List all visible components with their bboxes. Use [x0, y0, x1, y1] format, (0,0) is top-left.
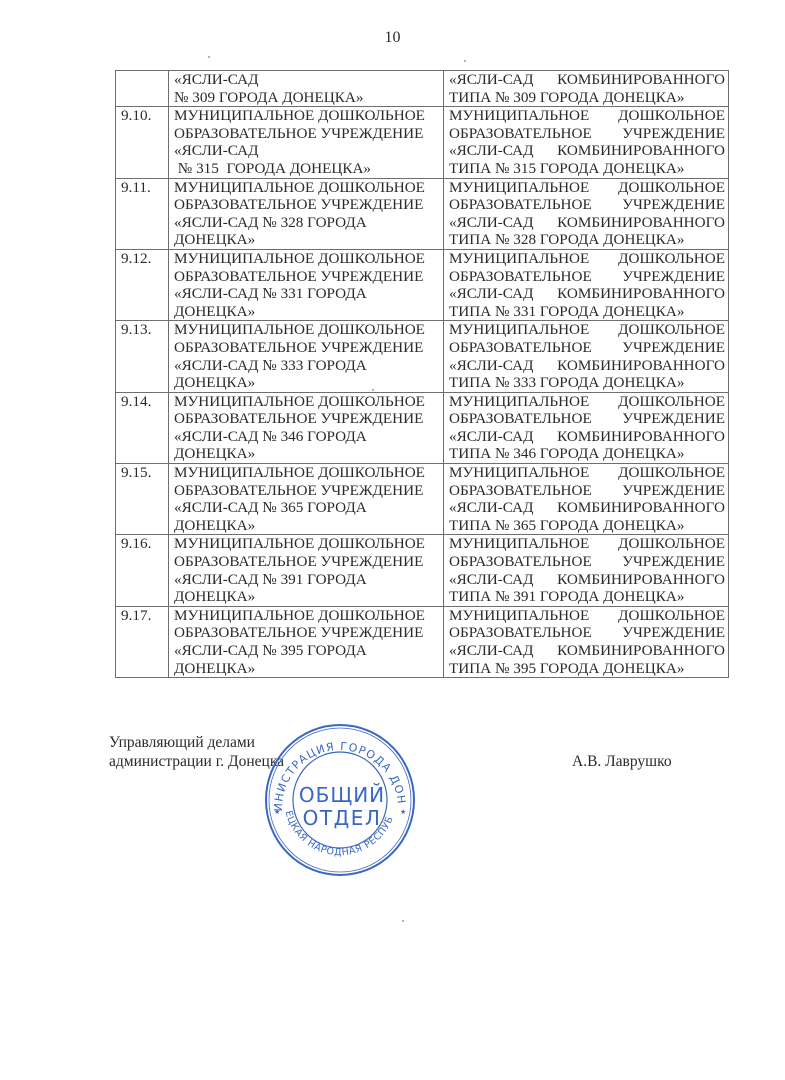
- cell-text-line: ОБРАЗОВАТЕЛЬНОЕ УЧРЕЖДЕНИЕ: [174, 482, 440, 500]
- cell-text-line: МУНИЦИПАЛЬНОЕДОШКОЛЬНОЕ: [449, 107, 725, 125]
- signatory-title-line1: Управляющий делами: [109, 733, 284, 752]
- cell-text-line: ТИПА № 315 ГОРОДА ДОНЕЦКА»: [449, 160, 725, 178]
- table-row: 9.16.МУНИЦИПАЛЬНОЕ ДОШКОЛЬНОЕОБРАЗОВАТЕЛ…: [116, 535, 729, 606]
- row-number: 9.15.: [116, 464, 169, 535]
- page-number: 10: [0, 28, 785, 48]
- cell-text-line: ДОНЕЦКА»: [174, 231, 440, 249]
- cell-text-line: «ЯСЛИ-САД: [174, 71, 440, 89]
- stamp-center-line2: ОТДЕЛ: [303, 806, 382, 830]
- cell-text-line: МУНИЦИПАЛЬНОЕДОШКОЛЬНОЕ: [449, 250, 725, 268]
- cell-text-line: ДОНЕЦКА»: [174, 517, 440, 535]
- cell-text-line: ТИПА № 391 ГОРОДА ДОНЕЦКА»: [449, 588, 725, 606]
- stamp-star-right: ★: [400, 808, 406, 816]
- cell-text-line: ОБРАЗОВАТЕЛЬНОЕУЧРЕЖДЕНИЕ: [449, 339, 725, 357]
- cell-text-line: «ЯСЛИ-САДКОМБИНИРОВАННОГО: [449, 499, 725, 517]
- cell-text-line: ТИПА № 333 ГОРОДА ДОНЕЦКА»: [449, 374, 725, 392]
- cell-text-line: № 309 ГОРОДА ДОНЕЦКА»: [174, 89, 440, 107]
- cell-text-line: № 315 ГОРОДА ДОНЕЦКА»: [174, 160, 440, 178]
- row-number: [116, 71, 169, 107]
- cell-text-line: ТИПА № 331 ГОРОДА ДОНЕЦКА»: [449, 303, 725, 321]
- new-name-cell: МУНИЦИПАЛЬНОЕДОШКОЛЬНОЕОБРАЗОВАТЕЛЬНОЕУЧ…: [444, 535, 729, 606]
- old-name-cell: МУНИЦИПАЛЬНОЕ ДОШКОЛЬНОЕОБРАЗОВАТЕЛЬНОЕ …: [169, 249, 444, 320]
- cell-text-line: ОБРАЗОВАТЕЛЬНОЕ УЧРЕЖДЕНИЕ: [174, 624, 440, 642]
- new-name-cell: МУНИЦИПАЛЬНОЕДОШКОЛЬНОЕОБРАЗОВАТЕЛЬНОЕУЧ…: [444, 392, 729, 463]
- row-number: 9.14.: [116, 392, 169, 463]
- cell-text-line: МУНИЦИПАЛЬНОЕ ДОШКОЛЬНОЕ: [174, 393, 440, 411]
- old-name-cell: МУНИЦИПАЛЬНОЕ ДОШКОЛЬНОЕОБРАЗОВАТЕЛЬНОЕ …: [169, 464, 444, 535]
- signatory-title: Управляющий делами администрации г. Доне…: [109, 733, 284, 771]
- table-row: 9.11.МУНИЦИПАЛЬНОЕ ДОШКОЛЬНОЕОБРАЗОВАТЕЛ…: [116, 178, 729, 249]
- old-name-cell: МУНИЦИПАЛЬНОЕ ДОШКОЛЬНОЕОБРАЗОВАТЕЛЬНОЕ …: [169, 107, 444, 178]
- cell-text-line: «ЯСЛИ-САД № 395 ГОРОДА: [174, 642, 440, 660]
- stamp-center-line1: ОБЩИЙ: [299, 783, 385, 807]
- cell-text-line: ТИПА № 346 ГОРОДА ДОНЕЦКА»: [449, 445, 725, 463]
- cell-text-line: МУНИЦИПАЛЬНОЕДОШКОЛЬНОЕ: [449, 179, 725, 197]
- cell-text-line: МУНИЦИПАЛЬНОЕ ДОШКОЛЬНОЕ: [174, 607, 440, 625]
- cell-text-line: «ЯСЛИ-САД № 346 ГОРОДА: [174, 428, 440, 446]
- row-number: 9.17.: [116, 606, 169, 677]
- new-name-cell: «ЯСЛИ-САДКОМБИНИРОВАННОГОТИПА № 309 ГОРО…: [444, 71, 729, 107]
- stamp-seal-icon: АДМИНИСТРАЦИЯ ГОРОДА ДОНЕЦКА ДОНЕЦКАЯ НА…: [262, 722, 418, 878]
- cell-text-line: «ЯСЛИ-САДКОМБИНИРОВАННОГО: [449, 357, 725, 375]
- new-name-cell: МУНИЦИПАЛЬНОЕДОШКОЛЬНОЕОБРАЗОВАТЕЛЬНОЕУЧ…: [444, 249, 729, 320]
- cell-text-line: ДОНЕЦКА»: [174, 588, 440, 606]
- cell-text-line: ОБРАЗОВАТЕЛЬНОЕ УЧРЕЖДЕНИЕ: [174, 339, 440, 357]
- table-body: «ЯСЛИ-САД№ 309 ГОРОДА ДОНЕЦКА»«ЯСЛИ-САДК…: [116, 71, 729, 678]
- cell-text-line: «ЯСЛИ-САДКОМБИНИРОВАННОГО: [449, 642, 725, 660]
- new-name-cell: МУНИЦИПАЛЬНОЕДОШКОЛЬНОЕОБРАЗОВАТЕЛЬНОЕУЧ…: [444, 606, 729, 677]
- cell-text-line: ОБРАЗОВАТЕЛЬНОЕУЧРЕЖДЕНИЕ: [449, 624, 725, 642]
- cell-text-line: «ЯСЛИ-САДКОМБИНИРОВАННОГО: [449, 214, 725, 232]
- cell-text-line: ДОНЕЦКА»: [174, 445, 440, 463]
- cell-text-line: «ЯСЛИ-САД № 391 ГОРОДА: [174, 571, 440, 589]
- cell-text-line: МУНИЦИПАЛЬНОЕДОШКОЛЬНОЕ: [449, 464, 725, 482]
- cell-text-line: МУНИЦИПАЛЬНОЕДОШКОЛЬНОЕ: [449, 607, 725, 625]
- cell-text-line: МУНИЦИПАЛЬНОЕ ДОШКОЛЬНОЕ: [174, 107, 440, 125]
- cell-text-line: ОБРАЗОВАТЕЛЬНОЕУЧРЕЖДЕНИЕ: [449, 196, 725, 214]
- cell-text-line: ТИПА № 365 ГОРОДА ДОНЕЦКА»: [449, 517, 725, 535]
- cell-text-line: МУНИЦИПАЛЬНОЕДОШКОЛЬНОЕ: [449, 393, 725, 411]
- cell-text-line: ДОНЕЦКА»: [174, 660, 440, 678]
- cell-text-line: ОБРАЗОВАТЕЛЬНОЕУЧРЕЖДЕНИЕ: [449, 268, 725, 286]
- cell-text-line: МУНИЦИПАЛЬНОЕ ДОШКОЛЬНОЕ: [174, 250, 440, 268]
- new-name-cell: МУНИЦИПАЛЬНОЕДОШКОЛЬНОЕОБРАЗОВАТЕЛЬНОЕУЧ…: [444, 464, 729, 535]
- cell-text-line: ДОНЕЦКА»: [174, 374, 440, 392]
- old-name-cell: МУНИЦИПАЛЬНОЕ ДОШКОЛЬНОЕОБРАЗОВАТЕЛЬНОЕ …: [169, 606, 444, 677]
- cell-text-line: «ЯСЛИ-САД: [174, 142, 440, 160]
- table-row: 9.15.МУНИЦИПАЛЬНОЕ ДОШКОЛЬНОЕОБРАЗОВАТЕЛ…: [116, 464, 729, 535]
- cell-text-line: ОБРАЗОВАТЕЛЬНОЕУЧРЕЖДЕНИЕ: [449, 482, 725, 500]
- cell-text-line: «ЯСЛИ-САДКОМБИНИРОВАННОГО: [449, 571, 725, 589]
- cell-text-line: ОБРАЗОВАТЕЛЬНОЕУЧРЕЖДЕНИЕ: [449, 125, 725, 143]
- cell-text-line: ОБРАЗОВАТЕЛЬНОЕ УЧРЕЖДЕНИЕ: [174, 125, 440, 143]
- cell-text-line: «ЯСЛИ-САД № 365 ГОРОДА: [174, 499, 440, 517]
- new-name-cell: МУНИЦИПАЛЬНОЕДОШКОЛЬНОЕОБРАЗОВАТЕЛЬНОЕУЧ…: [444, 321, 729, 392]
- cell-text-line: ОБРАЗОВАТЕЛЬНОЕ УЧРЕЖДЕНИЕ: [174, 196, 440, 214]
- cell-text-line: МУНИЦИПАЛЬНОЕ ДОШКОЛЬНОЕ: [174, 179, 440, 197]
- old-name-cell: МУНИЦИПАЛЬНОЕ ДОШКОЛЬНОЕОБРАЗОВАТЕЛЬНОЕ …: [169, 178, 444, 249]
- cell-text-line: «ЯСЛИ-САД № 328 ГОРОДА: [174, 214, 440, 232]
- table-row: 9.17.МУНИЦИПАЛЬНОЕ ДОШКОЛЬНОЕОБРАЗОВАТЕЛ…: [116, 606, 729, 677]
- old-name-cell: МУНИЦИПАЛЬНОЕ ДОШКОЛЬНОЕОБРАЗОВАТЕЛЬНОЕ …: [169, 321, 444, 392]
- old-name-cell: МУНИЦИПАЛЬНОЕ ДОШКОЛЬНОЕОБРАЗОВАТЕЛЬНОЕ …: [169, 535, 444, 606]
- cell-text-line: ТИПА № 395 ГОРОДА ДОНЕЦКА»: [449, 660, 725, 678]
- cell-text-line: ОБРАЗОВАТЕЛЬНОЕ УЧРЕЖДЕНИЕ: [174, 268, 440, 286]
- new-name-cell: МУНИЦИПАЛЬНОЕДОШКОЛЬНОЕОБРАЗОВАТЕЛЬНОЕУЧ…: [444, 107, 729, 178]
- cell-text-line: «ЯСЛИ-САДКОМБИНИРОВАННОГО: [449, 142, 725, 160]
- cell-text-line: ТИПА № 328 ГОРОДА ДОНЕЦКА»: [449, 231, 725, 249]
- table-row: «ЯСЛИ-САД№ 309 ГОРОДА ДОНЕЦКА»«ЯСЛИ-САДК…: [116, 71, 729, 107]
- cell-text-line: ОБРАЗОВАТЕЛЬНОЕ УЧРЕЖДЕНИЕ: [174, 553, 440, 571]
- table-row: 9.13.МУНИЦИПАЛЬНОЕ ДОШКОЛЬНОЕОБРАЗОВАТЕЛ…: [116, 321, 729, 392]
- signatory-name: А.В. Лаврушко: [572, 752, 672, 771]
- cell-text-line: МУНИЦИПАЛЬНОЕ ДОШКОЛЬНОЕ: [174, 535, 440, 553]
- cell-text-line: «ЯСЛИ-САДКОМБИНИРОВАННОГО: [449, 71, 725, 89]
- row-number: 9.10.: [116, 107, 169, 178]
- table-row: 9.14.МУНИЦИПАЛЬНОЕ ДОШКОЛЬНОЕОБРАЗОВАТЕЛ…: [116, 392, 729, 463]
- cell-text-line: «ЯСЛИ-САДКОМБИНИРОВАННОГО: [449, 285, 725, 303]
- cell-text-line: МУНИЦИПАЛЬНОЕ ДОШКОЛЬНОЕ: [174, 464, 440, 482]
- cell-text-line: ОБРАЗОВАТЕЛЬНОЕУЧРЕЖДЕНИЕ: [449, 410, 725, 428]
- row-number: 9.12.: [116, 249, 169, 320]
- new-name-cell: МУНИЦИПАЛЬНОЕДОШКОЛЬНОЕОБРАЗОВАТЕЛЬНОЕУЧ…: [444, 178, 729, 249]
- old-name-cell: МУНИЦИПАЛЬНОЕ ДОШКОЛЬНОЕОБРАЗОВАТЕЛЬНОЕ …: [169, 392, 444, 463]
- institutions-table: «ЯСЛИ-САД№ 309 ГОРОДА ДОНЕЦКА»«ЯСЛИ-САДК…: [115, 70, 729, 678]
- official-stamp: АДМИНИСТРАЦИЯ ГОРОДА ДОНЕЦКА ДОНЕЦКАЯ НА…: [262, 722, 418, 878]
- row-number: 9.13.: [116, 321, 169, 392]
- cell-text-line: «ЯСЛИ-САДКОМБИНИРОВАННОГО: [449, 428, 725, 446]
- signatory-title-line2: администрации г. Донецка: [109, 752, 284, 771]
- old-name-cell: «ЯСЛИ-САД№ 309 ГОРОДА ДОНЕЦКА»: [169, 71, 444, 107]
- cell-text-line: МУНИЦИПАЛЬНОЕ ДОШКОЛЬНОЕ: [174, 321, 440, 339]
- row-number: 9.16.: [116, 535, 169, 606]
- cell-text-line: МУНИЦИПАЛЬНОЕДОШКОЛЬНОЕ: [449, 535, 725, 553]
- cell-text-line: «ЯСЛИ-САД № 331 ГОРОДА: [174, 285, 440, 303]
- cell-text-line: ОБРАЗОВАТЕЛЬНОЕ УЧРЕЖДЕНИЕ: [174, 410, 440, 428]
- cell-text-line: ДОНЕЦКА»: [174, 303, 440, 321]
- cell-text-line: МУНИЦИПАЛЬНОЕДОШКОЛЬНОЕ: [449, 321, 725, 339]
- table-row: 9.10.МУНИЦИПАЛЬНОЕ ДОШКОЛЬНОЕОБРАЗОВАТЕЛ…: [116, 107, 729, 178]
- row-number: 9.11.: [116, 178, 169, 249]
- cell-text-line: «ЯСЛИ-САД № 333 ГОРОДА: [174, 357, 440, 375]
- table-row: 9.12.МУНИЦИПАЛЬНОЕ ДОШКОЛЬНОЕОБРАЗОВАТЕЛ…: [116, 249, 729, 320]
- cell-text-line: ТИПА № 309 ГОРОДА ДОНЕЦКА»: [449, 89, 725, 107]
- cell-text-line: ОБРАЗОВАТЕЛЬНОЕУЧРЕЖДЕНИЕ: [449, 553, 725, 571]
- stamp-star-left: ★: [274, 808, 280, 816]
